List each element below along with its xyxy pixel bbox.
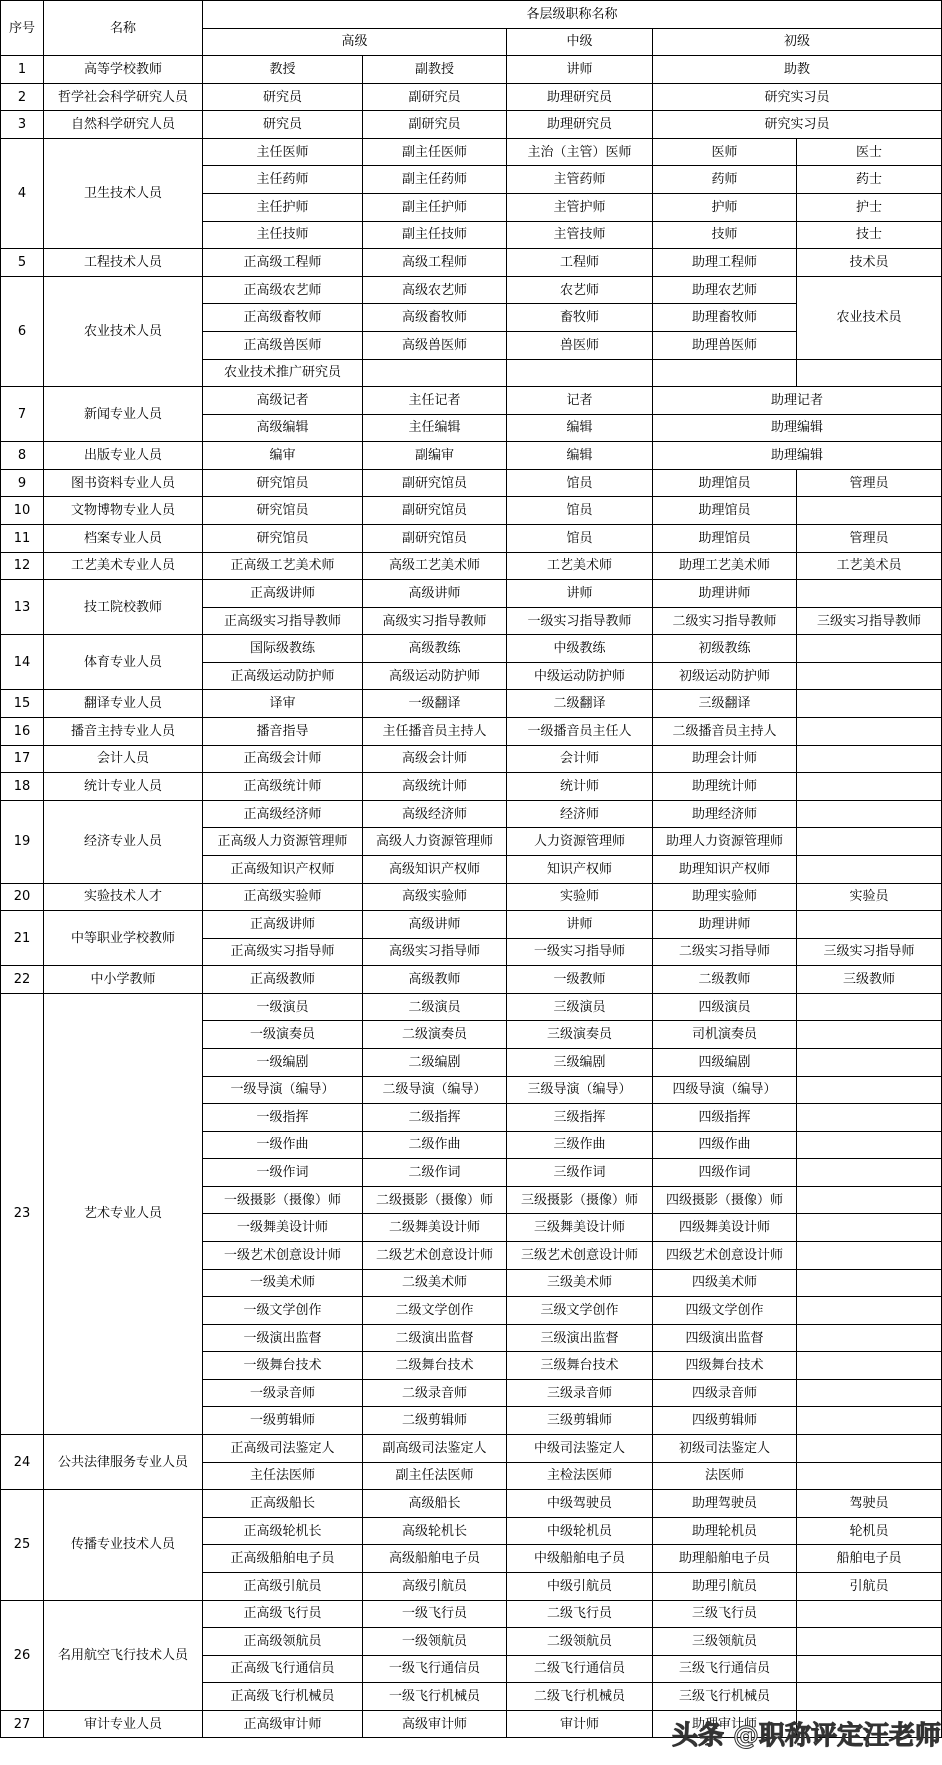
title-cell: 初级教练: [653, 635, 797, 663]
category-name-cell: 文物博物专业人员: [44, 497, 203, 525]
title-cell: 助理讲师: [653, 580, 797, 608]
title-cell: 助理馆员: [653, 497, 797, 525]
title-cell: 二级指挥: [363, 1104, 507, 1132]
seq-cell: 7: [1, 387, 44, 442]
category-name-cell: 农业技术人员: [44, 276, 203, 386]
title-cell: 初级司法鉴定人: [653, 1435, 797, 1463]
title-cell: 统计师: [507, 773, 653, 801]
title-cell: 二级舞美设计师: [363, 1214, 507, 1242]
title-cell: 助理统计师: [653, 773, 797, 801]
title-cell: 主任医师: [203, 138, 363, 166]
seq-cell: 8: [1, 442, 44, 470]
title-cell: 教授: [203, 56, 363, 84]
title-cell: 二级录音师: [363, 1379, 507, 1407]
title-cell: 护士: [797, 194, 942, 222]
title-cell: 一级实习指导教师: [507, 607, 653, 635]
title-cell: [797, 911, 942, 939]
seq-cell: 10: [1, 497, 44, 525]
title-cell: 工艺美术员: [797, 552, 942, 580]
title-cell: 四级舞台技术: [653, 1352, 797, 1380]
title-cell: 助理编辑: [653, 442, 942, 470]
title-cell: 三级实习指导教师: [797, 607, 942, 635]
title-cell: 一级演员: [203, 993, 363, 1021]
title-cell: 三级教师: [797, 966, 942, 994]
title-cell: [797, 1104, 942, 1132]
table-row: 2哲学社会科学研究人员研究员副研究员助理研究员研究实习员: [1, 83, 942, 111]
title-cell: 副主任技师: [363, 221, 507, 249]
title-cell: 主任护师: [203, 194, 363, 222]
title-cell: 二级播音员主持人: [653, 718, 797, 746]
title-cell: 高级审计师: [363, 1710, 507, 1738]
title-cell: [797, 497, 942, 525]
title-cell: 正高级讲师: [203, 911, 363, 939]
title-cell: [797, 718, 942, 746]
title-cell: 主管技师: [507, 221, 653, 249]
title-cell: 二级教师: [653, 966, 797, 994]
seq-cell: 11: [1, 524, 44, 552]
category-name-cell: 名用航空飞行技术人员: [44, 1600, 203, 1710]
title-cell: 馆员: [507, 524, 653, 552]
category-name-cell: 图书资料专业人员: [44, 469, 203, 497]
title-cell: 二级舞台技术: [363, 1352, 507, 1380]
title-cell: 正高级讲师: [203, 580, 363, 608]
table-row: 20实验技术人才正高级实验师高级实验师实验师助理实验师实验员: [1, 883, 942, 911]
title-cell: 一级导演（编导）: [203, 1076, 363, 1104]
title-cell: [797, 773, 942, 801]
title-cell: 一级翻译: [363, 690, 507, 718]
seq-cell: 9: [1, 469, 44, 497]
title-cell: 一级指挥: [203, 1104, 363, 1132]
title-cell: [797, 580, 942, 608]
title-cell: [797, 1048, 942, 1076]
title-cell: [797, 662, 942, 690]
title-cell: 高级船舶电子员: [363, 1545, 507, 1573]
title-cell: [797, 1407, 942, 1435]
title-cell: 主管护师: [507, 194, 653, 222]
title-cell: 工程师: [507, 249, 653, 277]
title-cell: 医士: [797, 138, 942, 166]
title-cell: 二级编剧: [363, 1048, 507, 1076]
title-cell: 三级艺术创意设计师: [507, 1242, 653, 1270]
title-cell: 管理员: [797, 469, 942, 497]
title-cell: 二级作词: [363, 1159, 507, 1187]
title-cell: 四级舞美设计师: [653, 1214, 797, 1242]
title-cell: 三级美术师: [507, 1269, 653, 1297]
title-cell: 实验员: [797, 883, 942, 911]
title-cell: 副主任护师: [363, 194, 507, 222]
title-cell: 副教授: [363, 56, 507, 84]
title-cell: 一级舞美设计师: [203, 1214, 363, 1242]
title-cell: 助理知识产权师: [653, 855, 797, 883]
category-name-cell: 自然科学研究人员: [44, 111, 203, 139]
title-cell: 一级实习指导师: [507, 938, 653, 966]
title-cell: 高级运动防护师: [363, 662, 507, 690]
title-cell: [653, 359, 797, 387]
title-cell: 三级指挥: [507, 1104, 653, 1132]
title-cell: 药师: [653, 166, 797, 194]
category-name-cell: 统计专业人员: [44, 773, 203, 801]
category-name-cell: 实验技术人才: [44, 883, 203, 911]
title-cell: 高级统计师: [363, 773, 507, 801]
seq-cell: 21: [1, 911, 44, 966]
title-cell: 三级舞美设计师: [507, 1214, 653, 1242]
title-cell: 讲师: [507, 911, 653, 939]
title-cell: [797, 828, 942, 856]
title-cell: 副研究馆员: [363, 497, 507, 525]
table-row: 8出版专业人员编审副编审编辑助理编辑: [1, 442, 942, 470]
title-cell: 正高级工程师: [203, 249, 363, 277]
title-cell: [797, 1600, 942, 1628]
table-row: 19经济专业人员正高级经济师高级经济师经济师助理经济师: [1, 800, 942, 828]
table-row: 27审计专业人员正高级审计师高级审计师审计师助理审计师: [1, 1710, 942, 1738]
title-cell: 助理研究员: [507, 111, 653, 139]
title-cell: 二级飞行机械员: [507, 1683, 653, 1711]
title-cell: 高级兽医师: [363, 331, 507, 359]
title-cell: [797, 1131, 942, 1159]
title-cell: [797, 1186, 942, 1214]
table-row: 11档案专业人员研究馆员副研究馆员馆员助理馆员管理员: [1, 524, 942, 552]
title-cell: 技术员: [797, 249, 942, 277]
seq-cell: 14: [1, 635, 44, 690]
title-cell: 助理船舶电子员: [653, 1545, 797, 1573]
title-cell: 二级演员: [363, 993, 507, 1021]
title-cell: 研究馆员: [203, 497, 363, 525]
title-cell: 高级船长: [363, 1490, 507, 1518]
title-cell: 高级经济师: [363, 800, 507, 828]
title-cell: 主任播音员主持人: [363, 718, 507, 746]
table-row: 9图书资料专业人员研究馆员副研究馆员馆员助理馆员管理员: [1, 469, 942, 497]
title-cell: 药士: [797, 166, 942, 194]
title-cell: 正高级会计师: [203, 745, 363, 773]
table-row: 4卫生技术人员主任医师副主任医师主治（主管）医师医师医士: [1, 138, 942, 166]
category-name-cell: 技工院校教师: [44, 580, 203, 635]
title-cell: 助理审计师: [653, 1710, 797, 1738]
title-cell: 二级飞行员: [507, 1600, 653, 1628]
seq-cell: 24: [1, 1435, 44, 1490]
title-cell: 二级美术师: [363, 1269, 507, 1297]
title-cell: 一级播音员主任人: [507, 718, 653, 746]
title-cell: 正高级实验师: [203, 883, 363, 911]
seq-cell: 3: [1, 111, 44, 139]
title-cell: 四级演出监督: [653, 1324, 797, 1352]
title-cell: 译审: [203, 690, 363, 718]
category-name-cell: 高等学校教师: [44, 56, 203, 84]
title-cell: [797, 690, 942, 718]
title-cell: 副主任药师: [363, 166, 507, 194]
title-cell: 编审: [203, 442, 363, 470]
title-cell: 馆员: [507, 469, 653, 497]
title-cell: 农业技术推广研究员: [203, 359, 363, 387]
seq-cell: 1: [1, 56, 44, 84]
title-cell: 经济师: [507, 800, 653, 828]
title-cell: 副编审: [363, 442, 507, 470]
title-cell: 正高级领航员: [203, 1628, 363, 1656]
table-row: 10文物博物专业人员研究馆员副研究馆员馆员助理馆员: [1, 497, 942, 525]
title-cell: 三级摄影（摄像）师: [507, 1186, 653, 1214]
title-cell: 三级飞行机械员: [653, 1683, 797, 1711]
title-cell: 三级文学创作: [507, 1297, 653, 1325]
title-cell: 护师: [653, 194, 797, 222]
title-cell: 国际级教练: [203, 635, 363, 663]
title-cell: 正高级飞行机械员: [203, 1683, 363, 1711]
table-row: 13技工院校教师正高级讲师高级讲师讲师助理讲师: [1, 580, 942, 608]
title-cell: 三级录音师: [507, 1379, 653, 1407]
category-name-cell: 新闻专业人员: [44, 387, 203, 442]
table-row: 18统计专业人员正高级统计师高级统计师统计师助理统计师: [1, 773, 942, 801]
title-cell: 助理馆员: [653, 524, 797, 552]
title-cell: 高级讲师: [363, 580, 507, 608]
header-group: 各层级职称名称: [203, 1, 942, 29]
title-cell: [797, 359, 942, 387]
title-cell: 主任药师: [203, 166, 363, 194]
title-cell: 管理员: [797, 524, 942, 552]
title-cell: 三级领航员: [653, 1628, 797, 1656]
category-name-cell: 卫生技术人员: [44, 138, 203, 248]
title-cell: [797, 1628, 942, 1656]
table-row: 12工艺美术专业人员正高级工艺美术师高级工艺美术师工艺美术师助理工艺美术师工艺美…: [1, 552, 942, 580]
title-cell: 二级摄影（摄像）师: [363, 1186, 507, 1214]
title-cell: 高级知识产权师: [363, 855, 507, 883]
title-cell: 高级人力资源管理师: [363, 828, 507, 856]
title-cell: 船舶电子员: [797, 1545, 942, 1573]
title-cell: 播音指导: [203, 718, 363, 746]
title-cell: 高级实验师: [363, 883, 507, 911]
title-cell: 正高级工艺美术师: [203, 552, 363, 580]
title-cell: [797, 635, 942, 663]
title-cell: 二级导演（编导）: [363, 1076, 507, 1104]
title-cell: 副研究馆员: [363, 469, 507, 497]
title-cell: 二级实习指导师: [653, 938, 797, 966]
title-cell: 高级工艺美术师: [363, 552, 507, 580]
category-name-cell: 艺术专业人员: [44, 993, 203, 1434]
title-cell: 主检法医师: [507, 1462, 653, 1490]
table-body: 1高等学校教师教授副教授讲师助教2哲学社会科学研究人员研究员副研究员助理研究员研…: [1, 56, 942, 1738]
title-cell: 助理农艺师: [653, 276, 797, 304]
title-cell: 正高级经济师: [203, 800, 363, 828]
title-cell: 主任记者: [363, 387, 507, 415]
title-cell: 副主任医师: [363, 138, 507, 166]
title-cell: 人力资源管理师: [507, 828, 653, 856]
seq-cell: 15: [1, 690, 44, 718]
title-cell: [797, 1710, 942, 1738]
title-cell: 轮机员: [797, 1517, 942, 1545]
title-cell: 助理馆员: [653, 469, 797, 497]
table-row: 24公共法律服务专业人员正高级司法鉴定人副高级司法鉴定人中级司法鉴定人初级司法鉴…: [1, 1435, 942, 1463]
title-cell: 四级艺术创意设计师: [653, 1242, 797, 1270]
title-cell: 一级录音师: [203, 1379, 363, 1407]
table-row: 16播音主持专业人员播音指导主任播音员主持人一级播音员主任人二级播音员主持人: [1, 718, 942, 746]
title-cell: 助理编辑: [653, 414, 942, 442]
title-cell: 二级艺术创意设计师: [363, 1242, 507, 1270]
title-cell: 四级指挥: [653, 1104, 797, 1132]
title-cell: 助理人力资源管理师: [653, 828, 797, 856]
title-cell: [797, 1159, 942, 1187]
title-cell: 二级作曲: [363, 1131, 507, 1159]
category-name-cell: 播音主持专业人员: [44, 718, 203, 746]
title-cell: 高级讲师: [363, 911, 507, 939]
title-cell: 三级飞行员: [653, 1600, 797, 1628]
title-cell: 三级演出监督: [507, 1324, 653, 1352]
title-cell: 三级舞台技术: [507, 1352, 653, 1380]
title-cell: [797, 1214, 942, 1242]
title-cell: 研究实习员: [653, 111, 942, 139]
title-cell: 四级作词: [653, 1159, 797, 1187]
title-cell: 正高级畜牧师: [203, 304, 363, 332]
title-cell: 一级教师: [507, 966, 653, 994]
title-cell: 主任法医师: [203, 1462, 363, 1490]
header-junior: 初级: [653, 28, 942, 56]
title-cell: [797, 1683, 942, 1711]
title-cell: 四级美术师: [653, 1269, 797, 1297]
title-cell: 研究馆员: [203, 524, 363, 552]
title-cell: 二级剪辑师: [363, 1407, 507, 1435]
title-cell: 二级文学创作: [363, 1297, 507, 1325]
title-cell: 四级剪辑师: [653, 1407, 797, 1435]
title-cell: 一级舞台技术: [203, 1352, 363, 1380]
title-cell: 助理兽医师: [653, 331, 797, 359]
title-cell: 正高级审计师: [203, 1710, 363, 1738]
title-cell: 一级飞行机械员: [363, 1683, 507, 1711]
table-row: 17会计人员正高级会计师高级会计师会计师助理会计师: [1, 745, 942, 773]
title-cell: [797, 1352, 942, 1380]
title-cell: 馆员: [507, 497, 653, 525]
title-cell: 正高级运动防护师: [203, 662, 363, 690]
title-cell: 正高级飞行通信员: [203, 1655, 363, 1683]
title-cell: 讲师: [507, 580, 653, 608]
title-cell: 工艺美术师: [507, 552, 653, 580]
title-cell: [797, 1324, 942, 1352]
seq-cell: 17: [1, 745, 44, 773]
title-cell: 三级编剧: [507, 1048, 653, 1076]
title-cell: 一级飞行员: [363, 1600, 507, 1628]
header-intermediate: 中级: [507, 28, 653, 56]
title-cell: 技士: [797, 221, 942, 249]
title-cell: 四级作曲: [653, 1131, 797, 1159]
title-cell: 正高级知识产权师: [203, 855, 363, 883]
table-row: 21中等职业学校教师正高级讲师高级讲师讲师助理讲师: [1, 911, 942, 939]
seq-cell: 6: [1, 276, 44, 386]
category-name-cell: 出版专业人员: [44, 442, 203, 470]
title-cell: 副研究员: [363, 111, 507, 139]
title-cell: 中级船舶电子员: [507, 1545, 653, 1573]
title-cell: 正高级实习指导师: [203, 938, 363, 966]
title-cell: 三级作词: [507, 1159, 653, 1187]
title-cell: 讲师: [507, 56, 653, 84]
title-cell: 主管药师: [507, 166, 653, 194]
category-name-cell: 审计专业人员: [44, 1710, 203, 1738]
title-cell: 研究馆员: [203, 469, 363, 497]
category-name-cell: 工艺美术专业人员: [44, 552, 203, 580]
title-cell: 农艺师: [507, 276, 653, 304]
title-cell: 一级演奏员: [203, 1021, 363, 1049]
category-name-cell: 体育专业人员: [44, 635, 203, 690]
title-cell: [797, 1297, 942, 1325]
title-cell: 驾驶员: [797, 1490, 942, 1518]
title-cell: 助教: [653, 56, 942, 84]
title-cell: 一级艺术创意设计师: [203, 1242, 363, 1270]
title-cell: 正高级兽医师: [203, 331, 363, 359]
title-cell: 主治（主管）医师: [507, 138, 653, 166]
title-cell: 中级司法鉴定人: [507, 1435, 653, 1463]
title-cell: [507, 359, 653, 387]
title-cell: 一级文学创作: [203, 1297, 363, 1325]
title-cell: 编辑: [507, 442, 653, 470]
title-cell: 助理轮机员: [653, 1517, 797, 1545]
title-cell: 高级轮机长: [363, 1517, 507, 1545]
table-row: 3自然科学研究人员研究员副研究员助理研究员研究实习员: [1, 111, 942, 139]
title-cell: [797, 993, 942, 1021]
title-cell: 四级摄影（摄像）师: [653, 1186, 797, 1214]
category-name-cell: 公共法律服务专业人员: [44, 1435, 203, 1490]
title-cell: 正高级飞行员: [203, 1600, 363, 1628]
title-cell: [797, 1269, 942, 1297]
title-cell: 一级作曲: [203, 1131, 363, 1159]
title-cell: [797, 800, 942, 828]
title-cell: 助理畜牧师: [653, 304, 797, 332]
title-cell: 高级农艺师: [363, 276, 507, 304]
title-cell: 二级翻译: [507, 690, 653, 718]
title-cell: 一级摄影（摄像）师: [203, 1186, 363, 1214]
category-name-cell: 经济专业人员: [44, 800, 203, 883]
category-name-cell: 工程技术人员: [44, 249, 203, 277]
seq-cell: 13: [1, 580, 44, 635]
category-name-cell: 中等职业学校教师: [44, 911, 203, 966]
table-row: 6农业技术人员正高级农艺师高级农艺师农艺师助理农艺师农业技术员: [1, 276, 942, 304]
table-row: 7新闻专业人员高级记者主任记者记者助理记者: [1, 387, 942, 415]
title-cell: 正高级人力资源管理师: [203, 828, 363, 856]
seq-cell: 20: [1, 883, 44, 911]
title-cell: [797, 1379, 942, 1407]
category-name-cell: 哲学社会科学研究人员: [44, 83, 203, 111]
title-cell: 正高级农艺师: [203, 276, 363, 304]
title-cell: 二级实习指导教师: [653, 607, 797, 635]
table-row: 1高等学校教师教授副教授讲师助教: [1, 56, 942, 84]
header-senior: 高级: [203, 28, 507, 56]
title-cell: 助理讲师: [653, 911, 797, 939]
title-cell: 研究实习员: [653, 83, 942, 111]
seq-cell: 16: [1, 718, 44, 746]
title-cell: 三级作曲: [507, 1131, 653, 1159]
title-cell: 副研究员: [363, 83, 507, 111]
title-cell: [797, 1076, 942, 1104]
title-cell: 三级导演（编导）: [507, 1076, 653, 1104]
title-cell: 助理引航员: [653, 1572, 797, 1600]
seq-cell: 22: [1, 966, 44, 994]
title-cell: [797, 1655, 942, 1683]
title-cell: 主任编辑: [363, 414, 507, 442]
title-cell: 三级剪辑师: [507, 1407, 653, 1435]
title-cell: 三级翻译: [653, 690, 797, 718]
title-cell: 副研究馆员: [363, 524, 507, 552]
title-cell: 副高级司法鉴定人: [363, 1435, 507, 1463]
title-cell: 四级文学创作: [653, 1297, 797, 1325]
title-cell: 一级飞行通信员: [363, 1655, 507, 1683]
title-cell: 高级实习指导师: [363, 938, 507, 966]
table-row: 5工程技术人员正高级工程师高级工程师工程师助理工程师技术员: [1, 249, 942, 277]
title-cell: [797, 1462, 942, 1490]
title-cell: 一级编剧: [203, 1048, 363, 1076]
title-cell: 研究员: [203, 83, 363, 111]
title-cell: 中级轮机员: [507, 1517, 653, 1545]
seq-cell: 25: [1, 1490, 44, 1600]
seq-cell: 5: [1, 249, 44, 277]
title-cell: 正高级船长: [203, 1490, 363, 1518]
title-cell: 实验师: [507, 883, 653, 911]
category-name-cell: 中小学教师: [44, 966, 203, 994]
title-cell: 初级运动防护师: [653, 662, 797, 690]
title-cell: 四级演员: [653, 993, 797, 1021]
title-cell: 技师: [653, 221, 797, 249]
